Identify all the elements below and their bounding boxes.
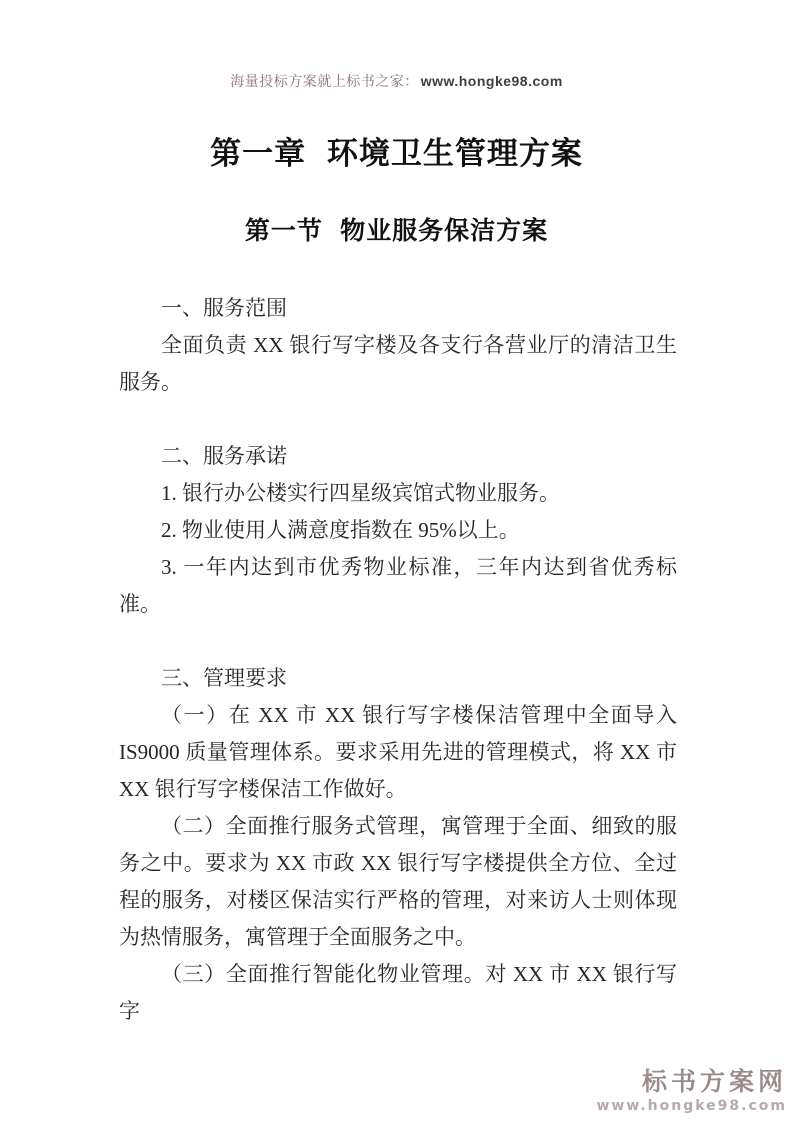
document-body: 一、服务范围 全面负责 XX 银行写字楼及各支行各营业厅的清洁卫生服务。 二、服… <box>119 290 677 1030</box>
body-paragraph: （三）全面推行智能化物业管理。对 XX 市 XX 银行写字 <box>119 956 677 1030</box>
header-slogan: 海量投标方案就上标书之家： <box>230 75 419 90</box>
section-service-promise: 二、服务承诺 1. 银行办公楼实行四星级宾馆式物业服务。 2. 物业使用人满意度… <box>119 438 677 623</box>
chapter-title: 第一章 环境卫生管理方案 <box>0 128 793 173</box>
section-service-scope: 一、服务范围 全面负责 XX 银行写字楼及各支行各营业厅的清洁卫生服务。 <box>119 290 677 401</box>
body-paragraph: 3. 一年内达到市优秀物业标准，三年内达到省优秀标准。 <box>119 549 677 623</box>
body-paragraph: 2. 物业使用人满意度指数在 95%以上。 <box>119 512 677 549</box>
section-heading: 三、管理要求 <box>119 660 677 697</box>
watermark-logo: 标书方案网 <box>596 1068 787 1096</box>
page-header: 海量投标方案就上标书之家：www.hongke98.com <box>0 71 793 91</box>
document-page: 海量投标方案就上标书之家：www.hongke98.com 第一章 环境卫生管理… <box>0 0 793 1122</box>
header-url: www.hongke98.com <box>421 73 563 89</box>
body-paragraph: （二）全面推行服务式管理，寓管理于全面、细致的服务之中。要求为 XX 市政 XX… <box>119 808 677 956</box>
body-paragraph: 1. 银行办公楼实行四星级宾馆式物业服务。 <box>119 475 677 512</box>
body-paragraph: （一）在 XX 市 XX 银行写字楼保洁管理中全面导入 IS9000 质量管理体… <box>119 697 677 808</box>
section-heading: 二、服务承诺 <box>119 438 677 475</box>
body-paragraph: 全面负责 XX 银行写字楼及各支行各营业厅的清洁卫生服务。 <box>119 327 677 401</box>
section-title: 第一节 物业服务保洁方案 <box>0 211 793 247</box>
watermark-url: www.hongke98.com <box>596 1099 787 1114</box>
section-management-requirements: 三、管理要求 （一）在 XX 市 XX 银行写字楼保洁管理中全面导入 IS900… <box>119 660 677 1030</box>
section-heading: 一、服务范围 <box>119 290 677 327</box>
watermark: 标书方案网 www.hongke98.com <box>596 1068 787 1114</box>
